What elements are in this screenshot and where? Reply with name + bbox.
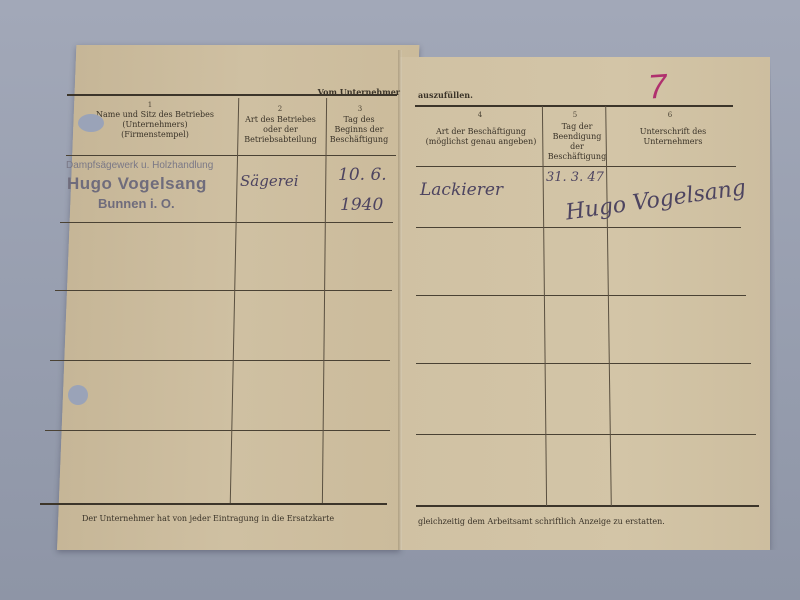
col1-label: Name und Sitz des Betriebes (Unternehmer… [90,110,220,140]
col2-number: 2 [270,104,290,114]
col5-number: 5 [565,110,585,120]
col3-number: 3 [350,104,370,114]
stamp-line2: Hugo Vogelsang [67,174,207,194]
end-date: 31. 3. 47 [546,170,604,185]
footer-left: Der Unternehmer hat von jeder Eintragung… [82,514,334,523]
col3-label: Tag des Beginns der Beschäftigung [327,115,391,145]
punch-hole [78,114,104,132]
job-type: Lackierer [420,180,503,200]
start-year: 1940 [340,195,383,215]
col1-number: 1 [140,100,160,110]
stamp-line3: Bunnen i. O. [98,196,175,211]
col6-number: 6 [660,110,680,120]
punch-hole [68,385,88,405]
col5-label: Tag der Beendigung der Beschäftigung [546,122,608,162]
col4-number: 4 [470,110,490,120]
col6-label: Unterschrift des Unternehmers [628,127,718,147]
page-number-marker: 7 [647,67,669,107]
col2-label: Art des Betriebes oder der Betriebsabtei… [238,115,323,145]
stamp-line1: Dampfsägewerk u. Holzhandlung [66,160,213,171]
start-day: 10. 6. [338,165,387,185]
header-right: auszufüllen. [418,90,498,100]
footer-right: gleichzeitig dem Arbeitsamt schriftlich … [418,517,665,526]
col4-label: Art der Beschäftigung (möglichst genau a… [420,127,542,147]
page-fold [398,50,402,550]
business-type: Sägerei [240,172,299,190]
